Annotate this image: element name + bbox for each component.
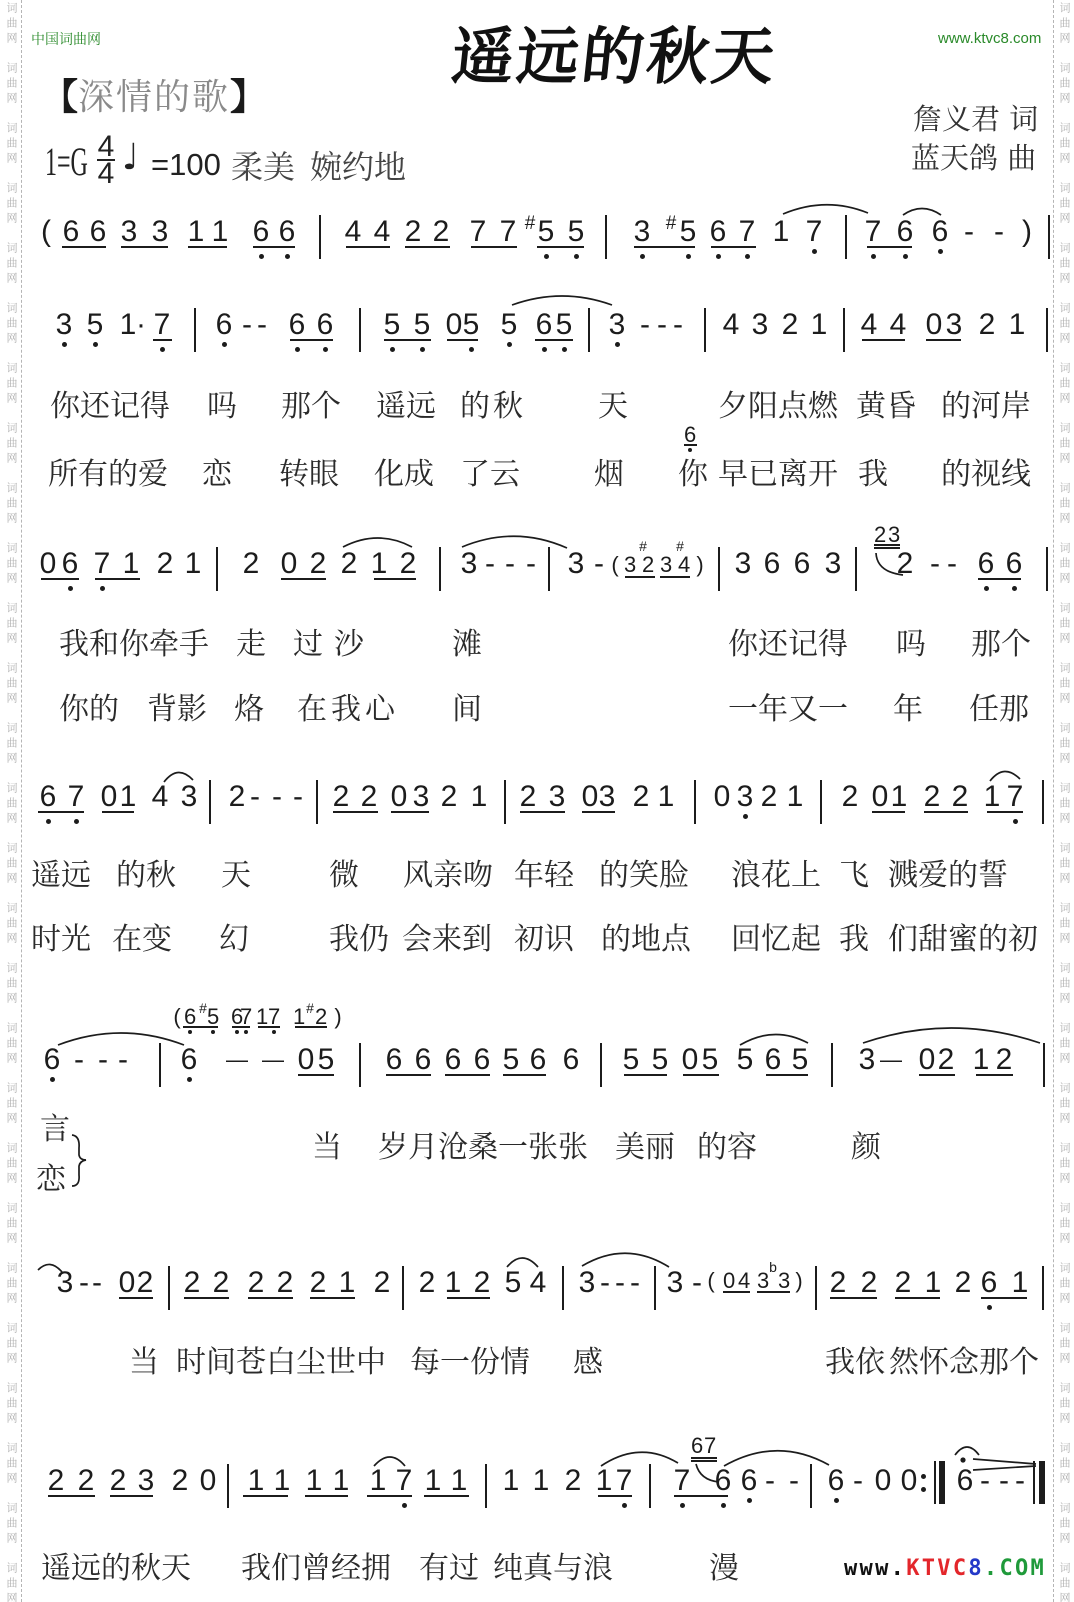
- note: 5: [790, 1042, 810, 1078]
- time-signature-bottom: 4: [97, 162, 115, 186]
- note: 2: [46, 1463, 66, 1499]
- note: 2: [439, 779, 459, 815]
- dash: -: [848, 1463, 868, 1499]
- open-paren: (: [171, 1004, 183, 1030]
- note: 3: [54, 307, 74, 343]
- open-paren: (: [705, 1268, 717, 1294]
- lyric: 岁月沧桑一张张: [378, 1131, 588, 1165]
- note: 5: [700, 1042, 720, 1078]
- lyric: 溅爱的誓: [888, 859, 1008, 893]
- note: 6: [763, 1042, 783, 1078]
- dash: -: [288, 779, 308, 815]
- beam-underline: [624, 1074, 667, 1076]
- lyric: 一年又一: [728, 693, 848, 727]
- lyric: 飞: [839, 859, 869, 893]
- beam-underline: [683, 1074, 719, 1076]
- verse-2-ending: 恋: [36, 1163, 66, 1197]
- dash: -: [668, 307, 688, 343]
- lyric: 颜: [851, 1131, 881, 1165]
- beam-underline: [867, 246, 912, 248]
- lyric: 微: [329, 859, 359, 893]
- rest: 0: [924, 307, 944, 343]
- beam-underline: [535, 339, 573, 341]
- note: 5: [461, 307, 481, 343]
- note: 6: [826, 1463, 846, 1499]
- note: 2: [359, 779, 379, 815]
- barline: [1048, 215, 1050, 259]
- lyric: 我仍: [329, 923, 389, 957]
- logo-suffix: .COM: [984, 1556, 1046, 1581]
- lyric: 年: [893, 693, 923, 727]
- beam-underline: [872, 811, 905, 813]
- lyric: 时间苍白尘世中: [176, 1346, 386, 1380]
- note: 1: [771, 214, 791, 250]
- dash: -: [69, 1042, 89, 1078]
- lyric: 遥远: [376, 390, 436, 424]
- note: 3: [632, 214, 652, 250]
- lyric: 然怀念那个: [889, 1346, 1039, 1380]
- beam-underline: [62, 246, 106, 248]
- note: 6: [277, 214, 297, 250]
- note: 6: [534, 307, 554, 343]
- beam-underline: [153, 339, 172, 341]
- beam-underline: [924, 811, 968, 813]
- barline: [1042, 780, 1044, 824]
- thick-barline: [939, 1461, 945, 1504]
- site-name[interactable]: 中国词曲网: [31, 31, 101, 49]
- logo-digit: 8: [968, 1556, 984, 1581]
- note: 7: [152, 307, 172, 343]
- lyric: 幻: [219, 923, 249, 957]
- note: 7: [1005, 779, 1025, 815]
- note: 2: [108, 1463, 128, 1499]
- tempo-value: =100: [151, 147, 221, 183]
- repeat-dot: [921, 1474, 926, 1479]
- note: 1: [594, 1463, 614, 1499]
- dash: -: [245, 779, 265, 815]
- note: 1: [186, 214, 206, 250]
- rest: 0: [198, 1463, 218, 1499]
- note: 1: [118, 779, 138, 815]
- lyric: 恋: [202, 458, 232, 492]
- beam-underline: [471, 246, 517, 248]
- note: 1: [785, 779, 805, 815]
- lyric: 们甜蜜的初: [888, 923, 1038, 957]
- staff-line-2: 3 5 1 · 7 6 - - 6 6 5 5 0 5 5 6 5: [0, 307, 1074, 357]
- dash: —: [226, 1042, 246, 1078]
- thin-barline: [1033, 1461, 1035, 1504]
- note: 7: [863, 214, 883, 250]
- lyric: 那个: [281, 390, 341, 424]
- note: 5: [554, 307, 574, 343]
- lyric: 的视线: [941, 458, 1031, 492]
- beam-underline: [121, 246, 168, 248]
- beam-underline: [38, 811, 84, 813]
- lyric: 我: [858, 458, 888, 492]
- note: 2: [331, 779, 351, 815]
- note: 4: [721, 307, 741, 343]
- beam-underline: [503, 1074, 546, 1076]
- beam-underline: [520, 811, 565, 813]
- beam-underline: [757, 1291, 790, 1293]
- barline: [600, 1043, 602, 1087]
- lyric: 年轻: [514, 859, 574, 893]
- note: 1: [272, 1463, 292, 1499]
- note: 7: [468, 214, 488, 250]
- expression-1: 柔美: [231, 149, 295, 185]
- staff-line-1: ( 6 6 3 3 1 1 6 6 4 4 2 2 7 7 # 5 5: [0, 214, 1074, 264]
- grace-note: 6: [691, 1433, 703, 1459]
- beam-underline: [391, 811, 429, 813]
- beam-underline: [102, 811, 134, 813]
- note: 2: [840, 779, 860, 815]
- lyric: 你还记得: [728, 628, 848, 662]
- note: 1: [971, 1042, 991, 1078]
- note: 6: [443, 1042, 463, 1078]
- close-paren: ): [1017, 214, 1037, 250]
- lyric: 我和你牵手: [59, 628, 209, 662]
- dash: -: [93, 1042, 113, 1078]
- barline: [359, 308, 361, 352]
- lyric: 的秋: [460, 390, 526, 424]
- beam-underline: [926, 339, 961, 341]
- note: 2: [518, 779, 538, 815]
- rest: 0: [899, 1463, 919, 1499]
- lyric: 的地点: [601, 923, 691, 957]
- beam-underline: [183, 1026, 218, 1028]
- note: 7: [737, 214, 757, 250]
- beam-underline: [625, 576, 655, 578]
- barline: [209, 780, 211, 824]
- lyric: 那个: [971, 628, 1031, 662]
- note: 2: [994, 1042, 1014, 1078]
- dash: —: [262, 1042, 282, 1078]
- note: 1: [423, 1463, 443, 1499]
- lyric: 了云: [460, 458, 520, 492]
- note: 2: [431, 214, 451, 250]
- lyric: 当: [312, 1131, 342, 1165]
- note: 3: [179, 779, 199, 815]
- lyric: 遥远: [31, 859, 91, 893]
- note: 1: [246, 1463, 266, 1499]
- barline: [319, 215, 321, 259]
- beam-underline: [48, 1495, 95, 1497]
- beam-underline: [258, 1026, 280, 1028]
- note-with-fermata: 6: [955, 1463, 975, 1499]
- logo-prefix: www.: [844, 1556, 906, 1581]
- note: 6: [713, 1463, 733, 1499]
- note: 2: [780, 307, 800, 343]
- lyric: 会来到: [402, 923, 492, 957]
- note: 7: [614, 1463, 634, 1499]
- note: 3: [735, 779, 755, 815]
- footer-logo[interactable]: www.KTVC8.COM: [844, 1556, 1046, 1582]
- lyric: 间: [452, 693, 482, 727]
- barline: [1043, 1043, 1045, 1087]
- beam-underline: [447, 339, 478, 341]
- note: 5: [85, 307, 105, 343]
- note: 1: [809, 307, 829, 343]
- interlude-notes: ( 3 # 2 3 # 4 ): [0, 552, 1074, 586]
- lyric: 遥远的秋天: [41, 1552, 191, 1586]
- lyric: 初识: [514, 923, 574, 957]
- note: 7: [672, 1463, 692, 1499]
- lyric: 时光: [31, 923, 91, 957]
- lyric: 化成: [374, 458, 434, 492]
- rest: 0: [99, 779, 119, 815]
- lyric: 天: [221, 859, 251, 893]
- lyric: 每一份情: [410, 1346, 530, 1380]
- rest: 0: [917, 1042, 937, 1078]
- note: 1: [304, 1463, 324, 1499]
- logo-brand: KTVC: [906, 1556, 968, 1581]
- note: 2: [950, 779, 970, 815]
- grace-double-underline: [691, 1457, 717, 1459]
- barline: [820, 780, 822, 824]
- beam-underline: [582, 811, 615, 813]
- interlude-notes: ( 0 4 3 b 3 ): [0, 1268, 1074, 1302]
- barline: [605, 215, 607, 259]
- lyric: 漫: [709, 1552, 739, 1586]
- barline: [694, 780, 696, 824]
- beam-underline: [367, 1495, 412, 1497]
- note: 2: [759, 779, 779, 815]
- slur: [512, 296, 612, 305]
- barline: [845, 215, 847, 259]
- grace-note: 7: [704, 1433, 716, 1459]
- barline: [485, 1464, 487, 1508]
- key-signature: 1=G: [45, 142, 88, 182]
- rest: 0: [870, 779, 890, 815]
- barline: [359, 1043, 361, 1087]
- lyric: 的笑脸: [599, 859, 689, 893]
- note: 4: [888, 307, 908, 343]
- lyric: 风亲吻: [403, 859, 493, 893]
- lyric: 天: [598, 390, 628, 424]
- lyric: 你还记得: [50, 390, 170, 424]
- interlude-grace-row: ( 6 # 5 6 7 1 7 1 # 2 ): [0, 1004, 1074, 1038]
- lyric: 转眼: [279, 458, 339, 492]
- tag-open-bracket: 【: [42, 77, 78, 118]
- lyric: 回忆起: [731, 923, 821, 957]
- slur: [783, 205, 868, 214]
- song-title: 遥远的秋天: [448, 22, 780, 92]
- note: 6: [561, 1042, 581, 1078]
- note: 6: [61, 214, 81, 250]
- note: 6: [472, 1042, 492, 1078]
- augmentation-dot: ·: [131, 307, 151, 343]
- beam-underline: [253, 246, 295, 248]
- note: 4: [150, 779, 170, 815]
- lyric: 过沙: [293, 628, 375, 662]
- note: 1: [1007, 307, 1027, 343]
- note: 6: [739, 1463, 759, 1499]
- tag-close-bracket: 】: [230, 77, 266, 118]
- barline: [649, 1464, 651, 1508]
- staff-line-7: 2 2 2 3 2 0 1 1 1 1 1 7 1 1 1 1: [0, 1463, 1074, 1513]
- lyric: 任那: [969, 693, 1029, 727]
- lyric: 的河岸: [941, 390, 1031, 424]
- note: 2: [170, 1463, 190, 1499]
- lyric: 夕阳点燃: [718, 390, 838, 424]
- note: 2: [563, 1463, 583, 1499]
- lyric: 感: [573, 1346, 603, 1380]
- note: 7: [66, 779, 86, 815]
- note: 1: [531, 1463, 551, 1499]
- dash: -: [252, 307, 272, 343]
- beam-underline: [384, 339, 431, 341]
- beam-underline: [445, 1074, 490, 1076]
- note: 2: [631, 779, 651, 815]
- song-tag: 【深情的歌】: [42, 78, 266, 118]
- barline: [194, 308, 196, 352]
- note: 2: [403, 214, 423, 250]
- note: 6: [42, 1042, 62, 1078]
- lyric: 所有的爱: [48, 458, 168, 492]
- beam-underline: [723, 1291, 750, 1293]
- note: 6: [179, 1042, 199, 1078]
- sheet-music-page: 词曲网 词曲网 词曲网 词曲网 词曲网 词曲网 词曲网 词曲网 词曲网 词曲网 …: [0, 0, 1074, 1602]
- note: 6: [214, 307, 234, 343]
- note: 6: [315, 307, 335, 343]
- beam-underline: [660, 576, 690, 578]
- barline: [831, 1043, 833, 1087]
- time-signature-top: 4: [97, 135, 115, 159]
- note: 6: [528, 1042, 548, 1078]
- note: 1: [656, 779, 676, 815]
- note: 5: [316, 1042, 336, 1078]
- sharp-sign: #: [524, 214, 536, 234]
- beam-underline: [405, 246, 450, 248]
- dash: -: [760, 1463, 780, 1499]
- note: 1: [210, 214, 230, 250]
- rest: 0: [873, 1463, 893, 1499]
- note: 2: [977, 307, 997, 343]
- lyric: 美丽: [615, 1131, 675, 1165]
- beam-underline: [298, 1074, 334, 1076]
- note: 4: [343, 214, 363, 250]
- note: 2: [922, 779, 942, 815]
- note: 3: [750, 307, 770, 343]
- beam-underline: [862, 339, 905, 341]
- beam-underline: [674, 1495, 728, 1497]
- dash: -: [975, 1463, 995, 1499]
- staff-line-5: 6 - - - 6 — — 0 5 6 6 6 6 5 6 6: [0, 1042, 1074, 1092]
- barline: [159, 1043, 161, 1087]
- barline: [843, 308, 845, 352]
- lyric: 吗: [896, 628, 926, 662]
- beam-underline: [711, 246, 756, 248]
- beam-underline: [346, 246, 390, 248]
- note: 5: [735, 1042, 755, 1078]
- note: 3: [607, 307, 627, 343]
- rest: 0: [712, 779, 732, 815]
- barline: [588, 308, 590, 352]
- barline: [704, 308, 706, 352]
- note: 3: [547, 779, 567, 815]
- note: 6: [384, 1042, 404, 1078]
- beam-underline: [919, 1074, 955, 1076]
- note: 3: [597, 779, 617, 815]
- grace-underline: [684, 444, 697, 446]
- lyric: 烟: [594, 458, 624, 492]
- lyric: 滩: [452, 628, 482, 662]
- dash: —: [880, 1042, 900, 1078]
- beam-underline: [634, 246, 695, 248]
- lyric: 纯真与浪: [493, 1552, 613, 1586]
- beam-underline: [987, 811, 1023, 813]
- lyric: 我: [839, 923, 869, 957]
- tag-text: 深情的歌: [78, 77, 230, 118]
- quarter-note-icon: ♩: [122, 138, 139, 178]
- note: 4: [859, 307, 879, 343]
- grace-notes: 2 3: [0, 522, 1074, 556]
- lyric: 当: [129, 1346, 159, 1380]
- note: 5: [499, 307, 519, 343]
- note: 5: [621, 1042, 641, 1078]
- dash: -: [267, 779, 287, 815]
- lyric: 走: [236, 628, 266, 662]
- beam-underline: [537, 246, 584, 248]
- note: 7: [804, 214, 824, 250]
- beam-underline: [305, 1495, 348, 1497]
- dash: -: [1010, 1463, 1030, 1499]
- lyric: 背影: [147, 693, 207, 727]
- note: 6: [88, 214, 108, 250]
- close-paren: ): [332, 1004, 344, 1030]
- lyric: 我依: [825, 1346, 885, 1380]
- note: 3: [150, 214, 170, 250]
- note: 6: [38, 779, 58, 815]
- barline: [504, 780, 506, 824]
- lyric: 的秋: [116, 859, 176, 893]
- beam-underline: [232, 1026, 250, 1028]
- note: 5: [501, 1042, 521, 1078]
- note: 2: [936, 1042, 956, 1078]
- note: 6: [708, 214, 728, 250]
- barline: [316, 780, 318, 824]
- lyric: 你: [678, 458, 708, 492]
- note: 4: [372, 214, 392, 250]
- note: 1: [469, 779, 489, 815]
- note: 5: [382, 307, 402, 343]
- beam-underline: [424, 1495, 469, 1497]
- lyric: 在我心: [297, 693, 399, 727]
- dash: -: [989, 214, 1009, 250]
- lyric: 的容: [697, 1131, 757, 1165]
- lyric: 我们曾经拥: [241, 1552, 391, 1586]
- lyric-grace-note: 6: [0, 422, 1074, 456]
- lyric: 浪花上: [731, 859, 821, 893]
- lyric: 在变: [112, 923, 172, 957]
- dash: -: [784, 1463, 804, 1499]
- note: 1: [501, 1463, 521, 1499]
- note: 1: [982, 779, 1002, 815]
- barline: [810, 1464, 812, 1508]
- grace-notes: 6 7: [0, 1433, 1074, 1467]
- site-url[interactable]: www.ktvc8.com: [938, 30, 1041, 48]
- open-paren: (: [36, 214, 56, 250]
- beam-underline: [333, 811, 378, 813]
- note: 5: [412, 307, 432, 343]
- lyric: 黄昏: [856, 390, 916, 424]
- lyric: 吗: [207, 390, 237, 424]
- note: 3: [411, 779, 431, 815]
- note: 1: [449, 1463, 469, 1499]
- lyric: 早已离开: [718, 458, 838, 492]
- note: 1: [331, 1463, 351, 1499]
- dash: -: [959, 214, 979, 250]
